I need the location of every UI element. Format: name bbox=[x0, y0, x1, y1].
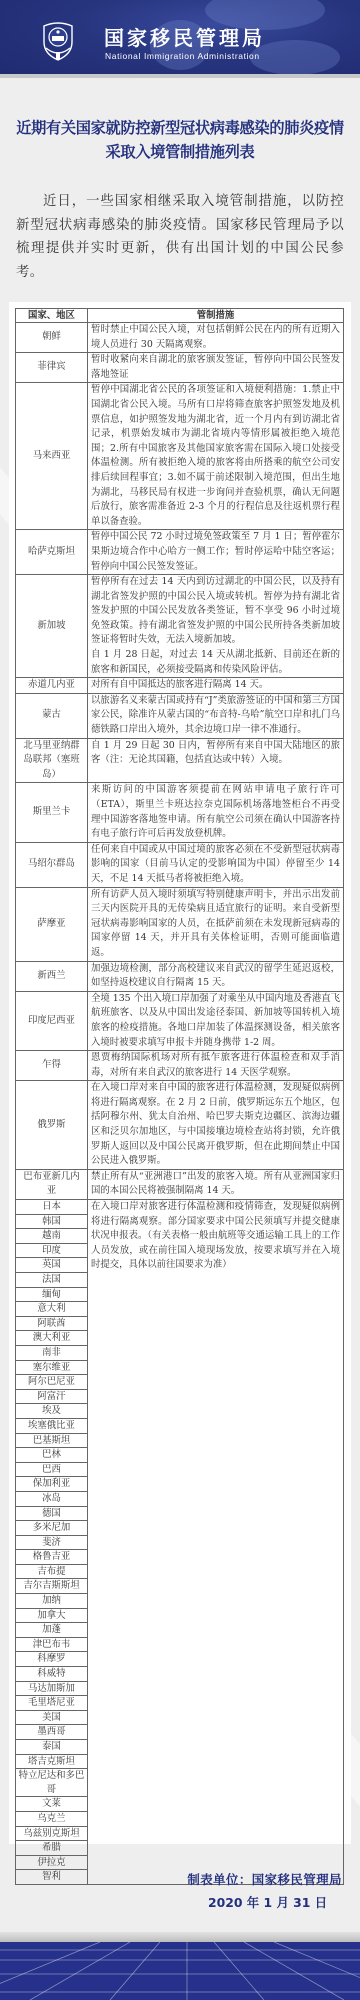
country-cell: 俄罗斯 bbox=[16, 1081, 88, 1170]
country-cell: 特立尼达和多巴哥 bbox=[16, 1769, 88, 1797]
table-row: 朝鲜 暂时禁止中国公民入境，对包括朝鲜公民在内的所有近期入境人员进行 30 天隔… bbox=[16, 323, 344, 353]
document-title: 近期有关国家就防控新型冠状病毒感染的肺炎疫情 采取入境管制措施列表 bbox=[0, 116, 360, 164]
table-row: 巴布亚新几内亚 禁止所有从“亚洲港口”出发的旅客入境。所有从亚洲国家归国的本国公… bbox=[16, 1169, 344, 1199]
table-row: 日本 在入境口岸对旅客进行体温检测和疫情筛查，发现疑似病例将进行隔离观察。部分国… bbox=[16, 1200, 344, 1215]
country-cell: 墨西哥 bbox=[16, 1725, 88, 1740]
country-cell: 马达加斯加 bbox=[16, 1681, 88, 1696]
table-row: 新加坡 暂停所有在过去 14 天内到访过湖北的中国公民，以及持有湖北省签发护照的… bbox=[16, 575, 344, 678]
country-cell: 法国 bbox=[16, 1273, 88, 1288]
table-header-row: 国家、地区 管制措施 bbox=[16, 309, 344, 323]
table-row: 萨摩亚 所有访萨人员入境时须填写特别健康声明卡，并出示出发前三天内医院开具的无传… bbox=[16, 887, 344, 961]
country-cell: 印度 bbox=[16, 1243, 88, 1258]
table-row: 斯里兰卡 来斯访问的中国游客须提前在网站申请电子旅行许可（ETA），斯里兰卡班达… bbox=[16, 783, 344, 842]
perspective-grid-decoration bbox=[0, 1942, 360, 2000]
intro-paragraph: 近日，一些国家相继采取入境管制措施，以防控新型冠状病毒感染的肺炎疫情。国家移民管… bbox=[16, 190, 344, 284]
measure-cell: 暂时收紧向来自湖北的旅客颁发签证，暂停向中国公民签发落地签证 bbox=[88, 353, 344, 383]
measure-cell: 禁止所有从“亚洲港口”出发的旅客入境。所有从亚洲国家归国的本国公民将被强制隔离 … bbox=[88, 1169, 344, 1199]
measure-cell: 对所有自中国抵达的旅客进行隔离 14 天。 bbox=[88, 678, 344, 694]
measure-text-extra: 自 1 月 28 日起，对过去 14 天从湖北抵新、目前还在新的旅客和新国民，必… bbox=[91, 648, 340, 677]
country-cell: 塔吉克斯坦 bbox=[16, 1754, 88, 1769]
country-cell: 乍得 bbox=[16, 1051, 88, 1081]
measure-cell: 暂停所有在过去 14 天内到访过湖北的中国公民，以及持有湖北省签发护照的中国公民… bbox=[88, 575, 344, 678]
country-cell: 格鲁吉亚 bbox=[16, 1550, 88, 1565]
table-row: 印度尼西亚 全境 135 个出入境口岸加强了对乘坐从中国内地及香港直飞航班旅客、… bbox=[16, 991, 344, 1050]
country-cell: 泰国 bbox=[16, 1740, 88, 1755]
police-emblem-icon bbox=[36, 18, 80, 62]
table-row: 北马里亚纳群岛联邦（塞班岛） 自 1 月 29 日起 30 日内，暂停所有来自中… bbox=[16, 738, 344, 783]
country-cell: 乌兹别克斯坦 bbox=[16, 1826, 88, 1841]
country-cell: 巴基斯坦 bbox=[16, 1433, 88, 1448]
measure-cell: 全境 135 个出入境口岸加强了对乘坐从中国内地及香港直飞航班旅客、以及从中国出… bbox=[88, 991, 344, 1050]
country-cell: 朝鲜 bbox=[16, 323, 88, 353]
table-row: 蒙古 以旅游名义来蒙古国或持有“J”类旅游签证的中国和第三方国家公民，除准许从蒙… bbox=[16, 693, 344, 738]
country-cell: 阿联酋 bbox=[16, 1316, 88, 1331]
country-cell: 埃及 bbox=[16, 1404, 88, 1419]
country-cell: 蒙古 bbox=[16, 693, 88, 738]
country-cell: 北马里亚纳群岛联邦（塞班岛） bbox=[16, 738, 88, 783]
country-cell: 新加坡 bbox=[16, 575, 88, 678]
header-country: 国家、地区 bbox=[16, 309, 88, 323]
measure-cell: 来斯访问的中国游客须提前在网站申请电子旅行许可（ETA），斯里兰卡班达拉奈克国际… bbox=[88, 783, 344, 842]
measure-cell: 暂停中国湖北省公民的各项签证和入境便利措施：1.禁止中国湖北省公民入境。马所有口… bbox=[88, 383, 344, 530]
country-cell: 塞尔维亚 bbox=[16, 1360, 88, 1375]
country-cell: 吉布提 bbox=[16, 1564, 88, 1579]
header-measures: 管制措施 bbox=[88, 309, 344, 323]
country-cell: 赤道几内亚 bbox=[16, 678, 88, 694]
country-cell: 加蓬 bbox=[16, 1623, 88, 1638]
country-cell: 智利 bbox=[16, 1870, 88, 1885]
measure-cell: 加强边境检测，部分高校建议来自武汉的留学生延迟返校，如坚持返校建议自行隔离 15… bbox=[88, 961, 344, 991]
country-cell: 津巴布韦 bbox=[16, 1637, 88, 1652]
country-cell: 加纳 bbox=[16, 1594, 88, 1609]
country-cell: 越南 bbox=[16, 1229, 88, 1244]
country-cell: 马来西亚 bbox=[16, 383, 88, 530]
country-cell: 斐济 bbox=[16, 1535, 88, 1550]
document-title-line-1: 近期有关国家就防控新型冠状病毒感染的肺炎疫情 bbox=[0, 116, 360, 140]
country-cell: 巴林 bbox=[16, 1448, 88, 1463]
table-row: 新西兰 加强边境检测，部分高校建议来自武汉的留学生延迟返校，如坚持返校建议自行隔… bbox=[16, 961, 344, 991]
measure-cell: 在入境口岸对来自中国的旅客进行体温检测，发现疑似病例将进行隔离观察。在 2 月 … bbox=[88, 1081, 344, 1170]
country-cell: 多米尼加 bbox=[16, 1521, 88, 1536]
country-cell: 乌克兰 bbox=[16, 1811, 88, 1826]
country-cell: 埃塞俄比亚 bbox=[16, 1418, 88, 1433]
country-cell: 德国 bbox=[16, 1506, 88, 1521]
publish-date: 2020 年 1 月 31 日 bbox=[208, 1893, 327, 1911]
country-cell: 澳大利亚 bbox=[16, 1331, 88, 1346]
footer-banner bbox=[0, 1942, 360, 2000]
agency-title: 国家移民管理局 bbox=[104, 22, 265, 51]
country-cell: 阿尔巴尼亚 bbox=[16, 1375, 88, 1390]
country-cell: 萨摩亚 bbox=[16, 887, 88, 961]
country-cell: 加拿大 bbox=[16, 1608, 88, 1623]
measure-text: 暂停所有在过去 14 天内到访过湖北的中国公民，以及持有湖北省签发护照的中国公民… bbox=[91, 575, 340, 648]
entry-control-table: 国家、地区 管制措施 朝鲜 暂时禁止中国公民入境，对包括朝鲜公民在内的所有近期入… bbox=[15, 308, 344, 1885]
header-banner: 国家移民管理局 National Immigration Administrat… bbox=[0, 0, 360, 78]
country-cell: 韩国 bbox=[16, 1214, 88, 1229]
country-cell: 意大利 bbox=[16, 1302, 88, 1317]
document-title-line-2: 采取入境管制措施列表 bbox=[0, 140, 360, 164]
country-cell: 毛里塔尼亚 bbox=[16, 1696, 88, 1711]
measure-cell: 自 1 月 29 日起 30 日内，暂停所有来自中国大陆地区的旅客（注：无论其国… bbox=[88, 738, 344, 783]
country-cell: 马绍尔群岛 bbox=[16, 842, 88, 887]
country-cell: 菲律宾 bbox=[16, 353, 88, 383]
country-cell: 印度尼西亚 bbox=[16, 991, 88, 1050]
country-cell: 英国 bbox=[16, 1258, 88, 1273]
country-cell: 南非 bbox=[16, 1345, 88, 1360]
table-row: 马绍尔群岛 任何来自中国或从中国过境的旅客必须在不受新型冠状病毒影响的国家（目前… bbox=[16, 842, 344, 887]
country-cell: 日本 bbox=[16, 1200, 88, 1215]
country-cell: 巴布亚新几内亚 bbox=[16, 1169, 88, 1199]
country-cell: 美国 bbox=[16, 1710, 88, 1725]
agency-subtitle: National Immigration Administration bbox=[105, 51, 260, 61]
country-cell: 科威特 bbox=[16, 1667, 88, 1682]
country-cell: 吉尔吉斯斯坦 bbox=[16, 1579, 88, 1594]
country-cell: 文莱 bbox=[16, 1797, 88, 1812]
country-cell: 巴西 bbox=[16, 1462, 88, 1477]
measure-cell: 暂停中国公民 72 小时过境免签政策至 7 月 1 日；暂停霍尔果斯边境合作中心… bbox=[88, 530, 344, 575]
measure-cell: 暂时禁止中国公民入境，对包括朝鲜公民在内的所有近期入境人员进行 30 天隔离观察… bbox=[88, 323, 344, 353]
country-cell: 哈萨克斯坦 bbox=[16, 530, 88, 575]
footer-divider bbox=[0, 1932, 360, 1942]
table-row: 俄罗斯 在入境口岸对来自中国的旅客进行体温检测，发现疑似病例将进行隔离观察。在 … bbox=[16, 1081, 344, 1170]
country-cell: 缅甸 bbox=[16, 1287, 88, 1302]
table-row: 哈萨克斯坦 暂停中国公民 72 小时过境免签政策至 7 月 1 日；暂停霍尔果斯… bbox=[16, 530, 344, 575]
table-row: 赤道几内亚 对所有自中国抵达的旅客进行隔离 14 天。 bbox=[16, 678, 344, 694]
header-divider bbox=[0, 74, 360, 78]
shared-measure-cell: 在入境口岸对旅客进行体温检测和疫情筛查，发现疑似病例将进行隔离观察。部分国家要求… bbox=[88, 1200, 344, 1885]
country-cell: 保加利亚 bbox=[16, 1477, 88, 1492]
table-row: 菲律宾 暂时收紧向来自湖北的旅客颁发签证，暂停向中国公民签发落地签证 bbox=[16, 353, 344, 383]
measure-cell: 所有访萨人员入境时须填写特别健康声明卡，并出示出发前三天内医院开具的无传染病且适… bbox=[88, 887, 344, 961]
measure-cell: 任何来自中国或从中国过境的旅客必须在不受新型冠状病毒影响的国家（目前马认定的受影… bbox=[88, 842, 344, 887]
country-cell: 斯里兰卡 bbox=[16, 783, 88, 842]
table-row: 乍得 恩贾梅纳国际机场对所有抵乍旅客进行体温检查和双手消毒，对所有来自武汉的旅客… bbox=[16, 1051, 344, 1081]
country-cell: 阿富汗 bbox=[16, 1389, 88, 1404]
measure-cell: 以旅游名义来蒙古国或持有“J”类旅游签证的中国和第三方国家公民，除准许从蒙古国的… bbox=[88, 693, 344, 738]
publisher-label: 制表单位：国家移民管理局 bbox=[187, 1870, 342, 1888]
country-cell: 新西兰 bbox=[16, 961, 88, 991]
country-cell: 科摩罗 bbox=[16, 1652, 88, 1667]
table-row: 马来西亚 暂停中国湖北省公民的各项签证和入境便利措施：1.禁止中国湖北省公民入境… bbox=[16, 383, 344, 530]
country-cell: 希腊 bbox=[16, 1841, 88, 1856]
measure-cell: 恩贾梅纳国际机场对所有抵乍旅客进行体温检查和双手消毒，对所有来自武汉的旅客进行 … bbox=[88, 1051, 344, 1081]
country-cell: 冰岛 bbox=[16, 1491, 88, 1506]
country-cell: 伊拉克 bbox=[16, 1855, 88, 1870]
